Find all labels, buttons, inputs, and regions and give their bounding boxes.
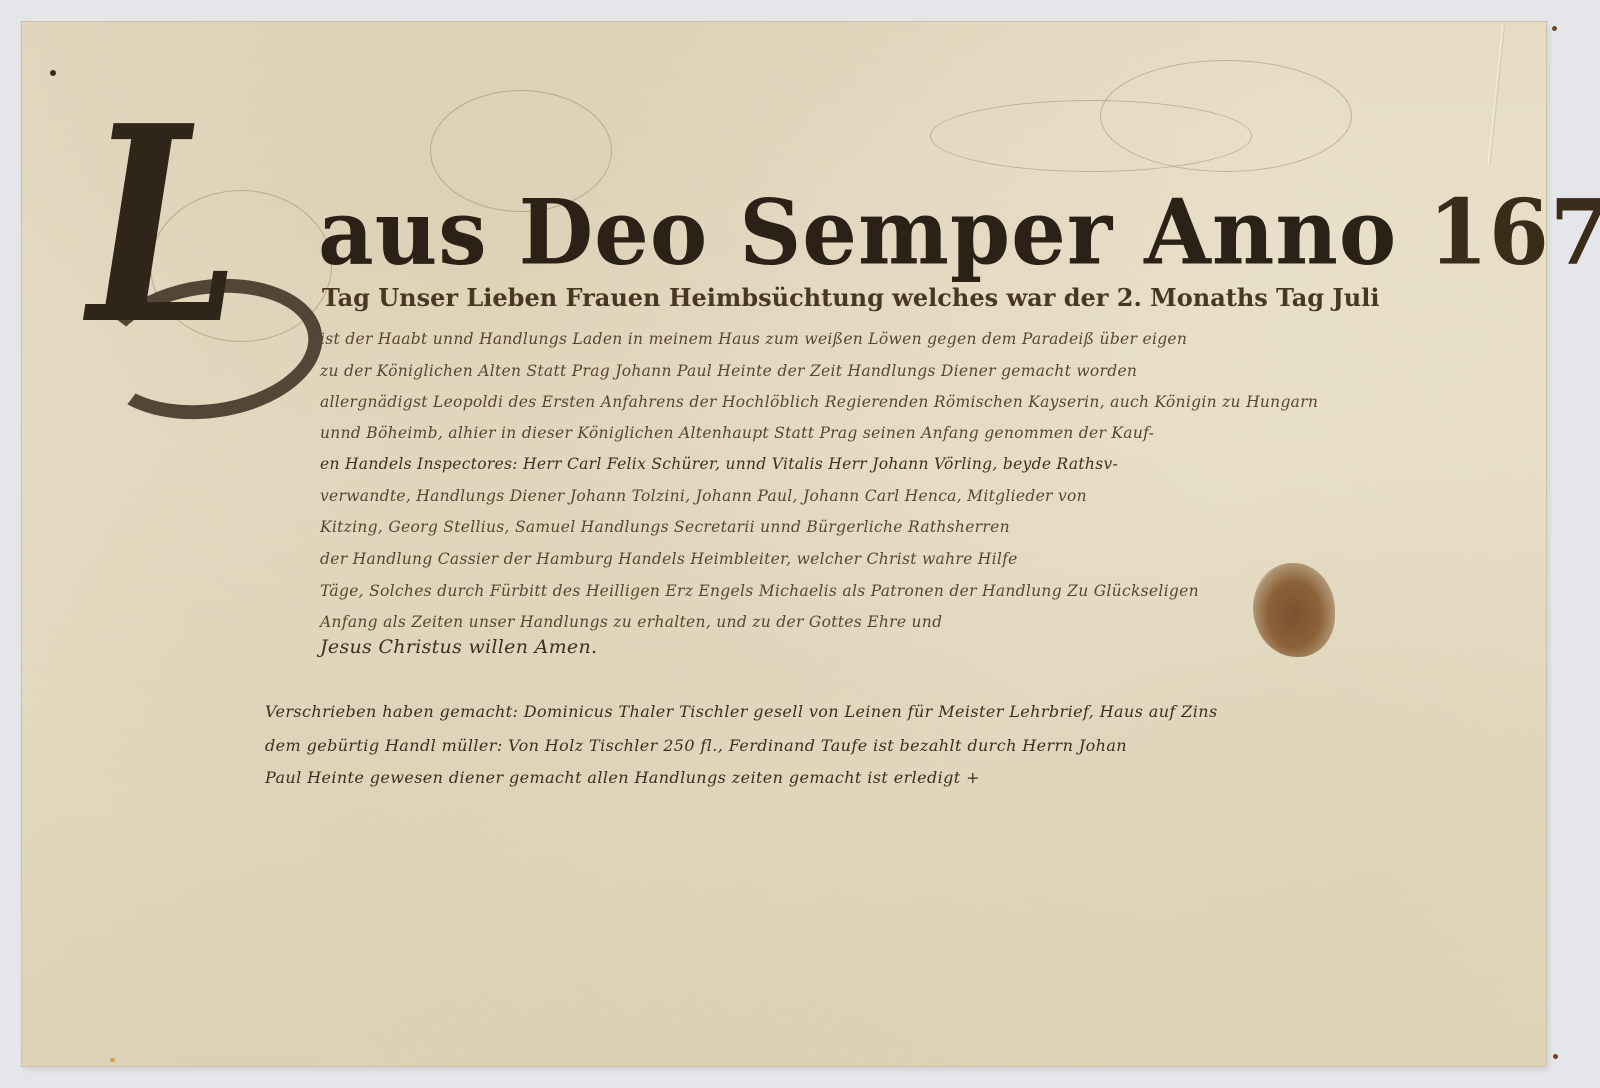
body-line: Anfang als Zeiten unser Handlungs zu erh… — [320, 613, 942, 631]
pin-hole — [1553, 1054, 1558, 1059]
pin-hole — [50, 70, 56, 76]
body-line: Täge, Solches durch Fürbitt des Heillige… — [320, 582, 1199, 600]
body-line: der Handlung Cassier der Hamburg Handels… — [320, 550, 1018, 568]
footer-note-line: dem gebürtig Handl müller: Von Holz Tisc… — [265, 736, 1127, 755]
decorated-initial: L — [88, 90, 240, 360]
decorative-flourish — [1100, 60, 1352, 172]
document-heading: aus Deo Semper Anno 1672am — [318, 188, 1498, 278]
body-line: ist der Haabt unnd Handlungs Laden in me… — [320, 330, 1187, 348]
body-line: verwandte, Handlungs Diener Johann Tolzi… — [320, 487, 1087, 505]
footer-note-line: Verschrieben haben gemacht: Dominicus Th… — [265, 702, 1218, 721]
body-line: allergnädigst Leopoldi des Ersten Anfahr… — [320, 393, 1318, 411]
body-line-closing: Jesus Christus willen Amen. — [320, 636, 597, 658]
body-line: en Handels Inspectores: Herr Carl Felix … — [320, 455, 1118, 473]
heading-year: 1672 — [1428, 179, 1600, 285]
body-line: unnd Böheimb, alhier in dieser Königlich… — [320, 424, 1154, 442]
pin-hole — [1552, 26, 1557, 31]
wax-speck — [110, 1058, 115, 1062]
body-line: Tag Unser Lieben Frauen Heimbsüchtung we… — [322, 283, 1379, 312]
footer-note-line: Paul Heinte gewesen diener gemacht allen… — [265, 768, 980, 787]
heading-text: aus Deo Semper Anno — [318, 179, 1397, 285]
body-line: Kitzing, Georg Stellius, Samuel Handlung… — [320, 518, 1010, 536]
body-line: zu der Königlichen Alten Statt Prag Joha… — [320, 362, 1137, 380]
